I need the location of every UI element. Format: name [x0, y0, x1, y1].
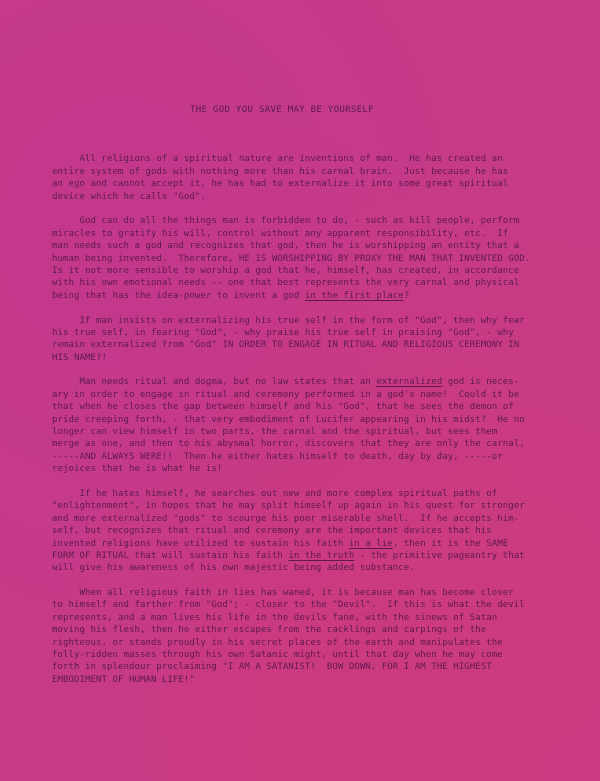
- text-line: HIS NAME?!: [52, 352, 572, 364]
- text-line: Man needs ritual and dogma, but no law s…: [52, 376, 572, 388]
- text-line: All religions of a spiritual nature are …: [52, 153, 572, 165]
- text-line: remain externalized from "God" IN ORDER …: [52, 339, 572, 351]
- text-line: will give his awareness of his own majes…: [52, 562, 572, 574]
- text-line: being that has the idea-power to invent …: [52, 290, 572, 302]
- text-line: -----AND ALWAYS WERE!! Then he either ha…: [52, 451, 572, 463]
- text-line: to himself and farther from "God"; - clo…: [52, 599, 572, 611]
- text-line: moving his flesh, then he either escapes…: [52, 624, 572, 636]
- text-line: his true self, in fearing "God", - why p…: [52, 327, 572, 339]
- text-line: invented religions have utilized to sust…: [52, 538, 572, 550]
- paragraph: If he hates himself, he searches out new…: [52, 488, 572, 575]
- paragraph: God can do all the things man is forbidd…: [52, 215, 572, 302]
- text-line: EMBODIMENT OF HUMAN LIFE!": [52, 674, 572, 686]
- paragraph: All religions of a spiritual nature are …: [52, 153, 572, 203]
- text-line: represents, and a man lives his life in …: [52, 612, 572, 624]
- text-line: rejoices that he is what he is!: [52, 463, 572, 475]
- text-line: forth in splendour proclaiming "I AM A S…: [52, 661, 572, 673]
- text-line: device which he calls "God".: [52, 191, 572, 203]
- text-line: God can do all the things man is forbidd…: [52, 215, 572, 227]
- text-line: human being invented. Therefore, HE IS W…: [52, 253, 572, 265]
- text-line: longer can view himself in two parts, th…: [52, 426, 572, 438]
- text-line: If he hates himself, he searches out new…: [52, 488, 572, 500]
- text-line: FORM OF RITUAL that will sustain his fai…: [52, 550, 572, 562]
- text-line: and more externalized "gods" to scourge …: [52, 513, 572, 525]
- paragraph: If man insists on externalizing his true…: [52, 315, 572, 365]
- text-line: miracles to gratify his will, control wi…: [52, 228, 572, 240]
- document-title: THE GOD YOU SAVE MAY BE YOURSELF: [190, 104, 572, 116]
- text-line: ary in order to engage in ritual and cer…: [52, 389, 572, 401]
- text-line: self, but recognizes that ritual and cer…: [52, 525, 572, 537]
- document-page: THE GOD YOU SAVE MAY BE YOURSELF All rel…: [0, 0, 600, 781]
- text-line: entire system of gods with nothing more …: [52, 166, 572, 178]
- text-line: with his own emotional needs -- one that…: [52, 277, 572, 289]
- underlined-text: in the truth: [288, 551, 354, 561]
- text-line: "enlightenment", in hopes that he may sp…: [52, 500, 572, 512]
- typewritten-document: THE GOD YOU SAVE MAY BE YOURSELF All rel…: [52, 79, 572, 723]
- text-line: righteous, or stands proudly in his secr…: [52, 637, 572, 649]
- document-body: All religions of a spiritual nature are …: [52, 153, 572, 686]
- text-line: an ego and cannot accept it, he has had …: [52, 178, 572, 190]
- underlined-text: in the first place: [305, 291, 404, 301]
- underlined-text: externalized: [376, 377, 442, 387]
- text-line: folly-ridden masses through his own Sata…: [52, 649, 572, 661]
- text-line: Is it not more sensible to worship a god…: [52, 265, 572, 277]
- paragraph: Man needs ritual and dogma, but no law s…: [52, 376, 572, 475]
- text-line: If man insists on externalizing his true…: [52, 315, 572, 327]
- text-line: pride creeping forth, - that very embodi…: [52, 414, 572, 426]
- paragraph: When all religious faith in lies has wan…: [52, 587, 572, 686]
- text-line: man needs such a god and recognizes that…: [52, 240, 572, 252]
- text-line: that when he closes the gap between hims…: [52, 401, 572, 413]
- underlined-text: in a lie: [349, 539, 393, 549]
- text-line: When all religious faith in lies has wan…: [52, 587, 572, 599]
- text-line: merge as one, and then to his abysmal ho…: [52, 438, 572, 450]
